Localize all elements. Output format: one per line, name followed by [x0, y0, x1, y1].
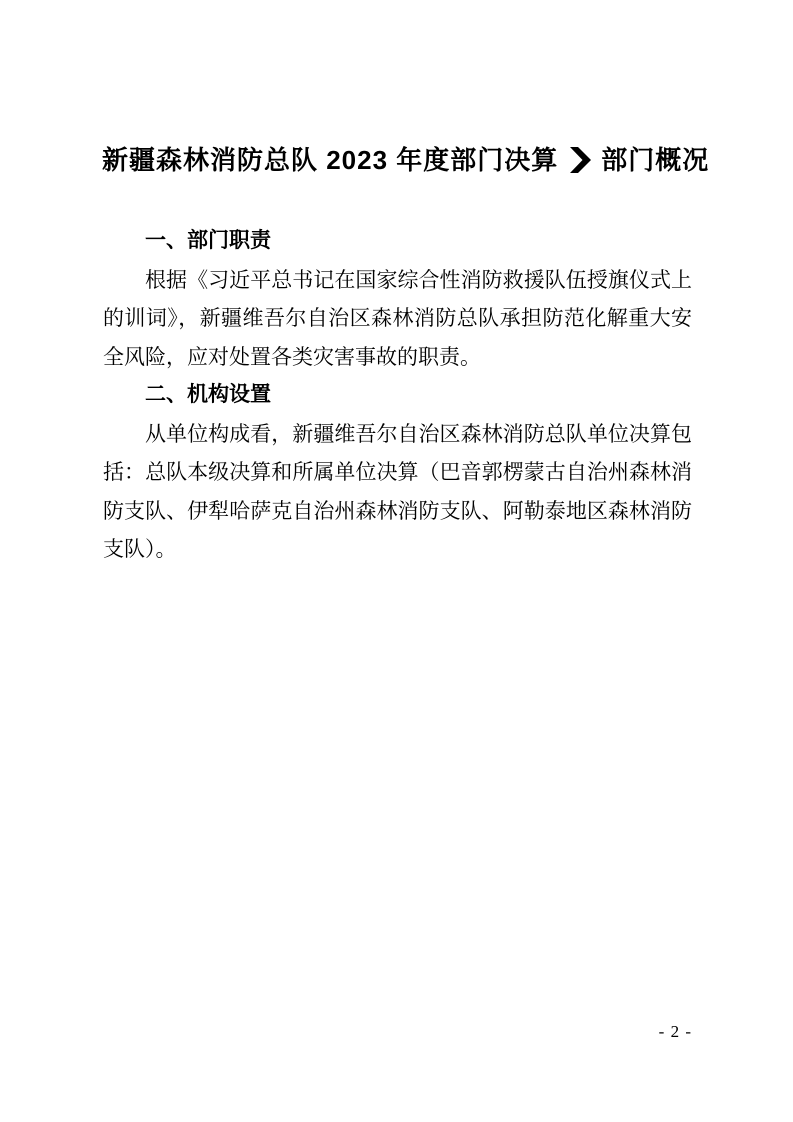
- document-title-text-right: 部门概况: [601, 144, 709, 176]
- document-title: 新疆森林消防总队 2023 年度部门决算 部门概况: [102, 144, 702, 176]
- paragraph-line: 根据《习近平总书记在国家综合性消防救援队伍授旗仪式上: [103, 261, 692, 300]
- document-title-text-left: 新疆森林消防总队 2023 年度部门决算: [102, 144, 558, 176]
- page-number: - 2 -: [103, 1022, 692, 1042]
- section-heading-duties: 一、部门职责: [103, 222, 692, 261]
- paragraph-line: 的训词》，新疆维吾尔自治区森林消防总队承担防范化解重大安: [103, 299, 692, 338]
- paragraph-line: 防支队、伊犁哈萨克自治州森林消防支队、阿勒泰地区森林消防: [103, 492, 692, 531]
- section-heading-structure: 二、机构设置: [103, 376, 692, 415]
- heavy-right-chevron-icon: [570, 147, 591, 173]
- paragraph-line: 从单位构成看，新疆维吾尔自治区森林消防总队单位决算包: [103, 415, 692, 454]
- document-page: 新疆森林消防总队 2023 年度部门决算 部门概况 一、部门职责 根据《习近平总…: [0, 0, 793, 1122]
- paragraph-line: 括：总队本级决算和所属单位决算（巴音郭楞蒙古自治州森林消: [103, 453, 692, 492]
- paragraph-line: 全风险，应对处置各类灾害事故的职责。: [103, 338, 692, 377]
- paragraph-line: 支队）。: [103, 530, 692, 569]
- document-body: 一、部门职责 根据《习近平总书记在国家综合性消防救援队伍授旗仪式上 的训词》，新…: [103, 222, 692, 569]
